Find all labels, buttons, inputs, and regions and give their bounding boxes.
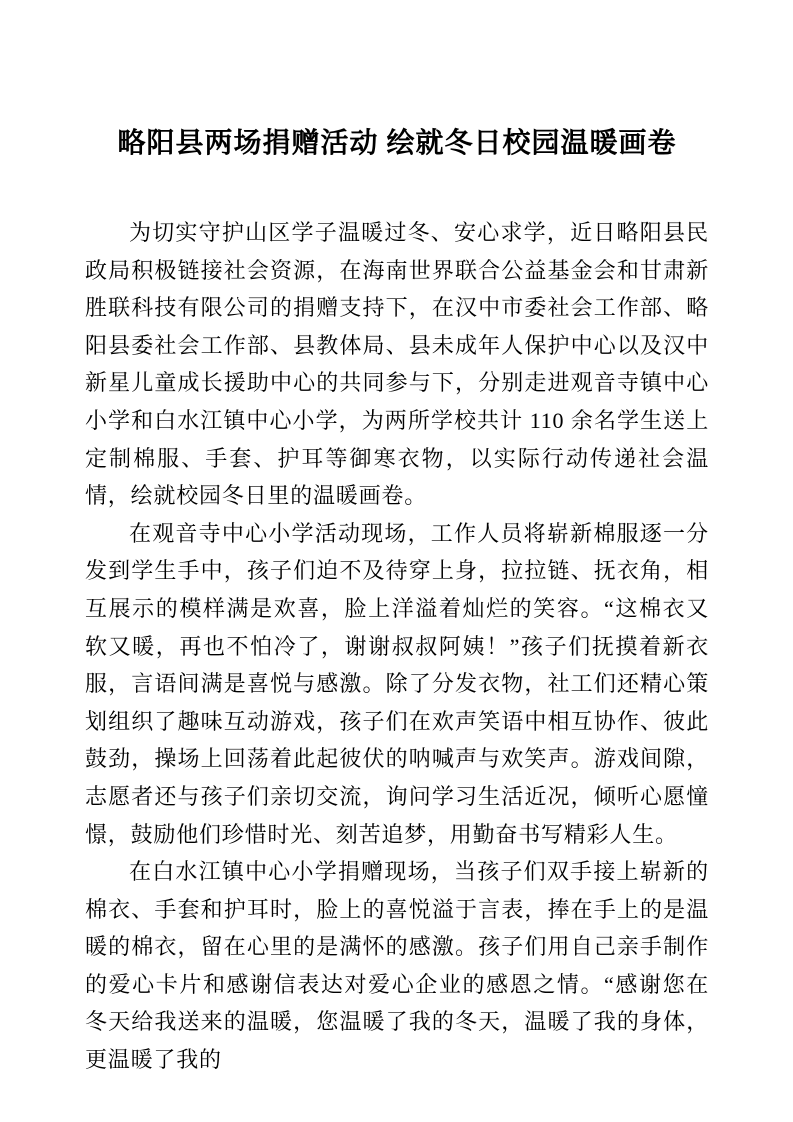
document-body: 为切实守护山区学子温暖过冬、安心求学，近日略阳县民政局积极链接社会资源，在海南世… — [85, 214, 709, 1079]
paragraph: 为切实守护山区学子温暖过冬、安心求学，近日略阳县民政局积极链接社会资源，在海南世… — [85, 214, 709, 515]
document-title: 略阳县两场捐赠活动 绘就冬日校园温暖画卷 — [85, 124, 709, 164]
paragraph: 在白水江镇中心小学捐赠现场，当孩子们双手接上崭新的棉衣、手套和护耳时，脸上的喜悦… — [85, 853, 709, 1079]
paragraph: 在观音寺中心小学活动现场，工作人员将崭新棉服逐一分发到学生手中，孩子们迫不及待穿… — [85, 515, 709, 853]
document-page: 略阳县两场捐赠活动 绘就冬日校园温暖画卷 为切实守护山区学子温暖过冬、安心求学，… — [0, 0, 793, 1122]
